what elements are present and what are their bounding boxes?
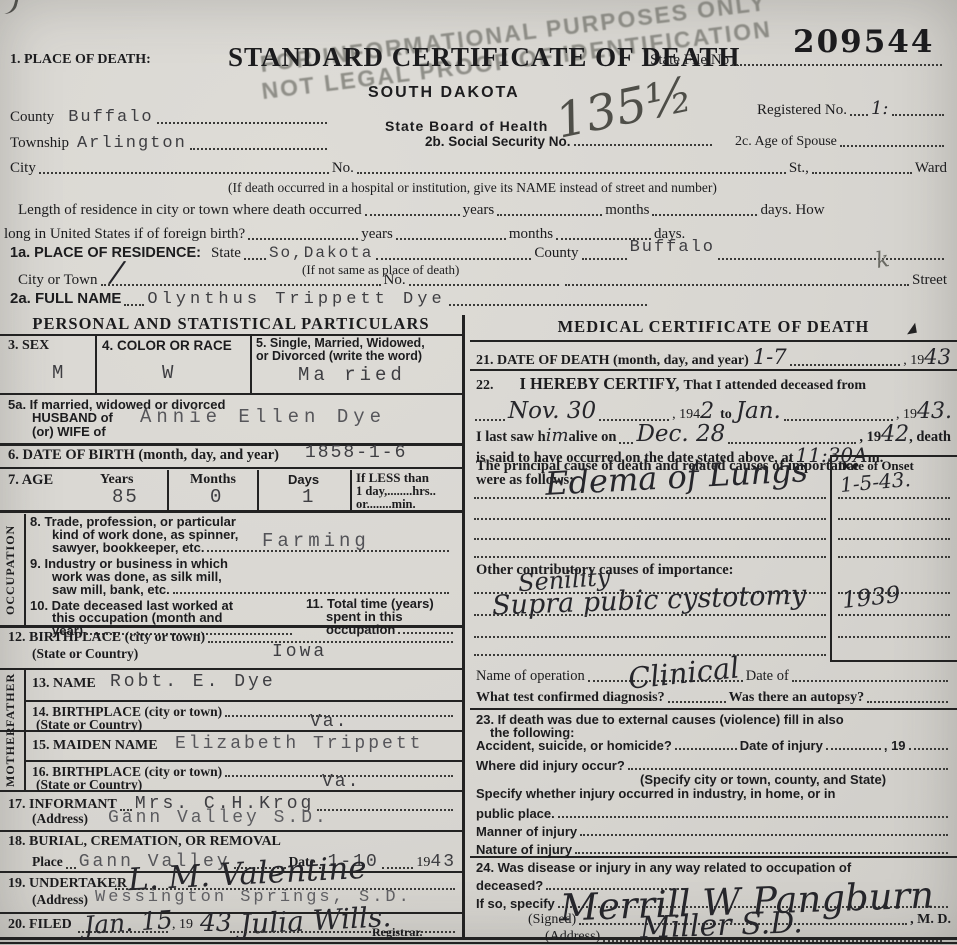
dotted-leader bbox=[357, 168, 786, 174]
if-so-specify-label: If so, specify bbox=[476, 896, 555, 911]
onset-box-left bbox=[830, 455, 832, 660]
specify-city-note: (Specify city or town, county, and State… bbox=[640, 772, 886, 787]
dotted-leader bbox=[580, 830, 948, 836]
manner-of-injury-label: Manner of injury bbox=[476, 824, 577, 839]
dotted-leader bbox=[365, 210, 460, 216]
less-than-line3: or........min. bbox=[356, 497, 416, 512]
dotted-leader bbox=[838, 614, 950, 616]
nature-of-injury-label: Nature of injury bbox=[476, 842, 572, 857]
burial-year-value: 43 bbox=[430, 852, 456, 872]
death-year-printed: , 19 bbox=[903, 353, 924, 369]
dotted-leader bbox=[248, 234, 358, 240]
state-file-label: State File No bbox=[650, 52, 729, 69]
years-word2: years bbox=[361, 226, 393, 243]
dob-value: 1858-1-6 bbox=[305, 443, 407, 463]
dotted-leader bbox=[376, 254, 531, 260]
dotted-leader bbox=[668, 697, 726, 703]
where-injury-label: Where did injury occur? bbox=[476, 758, 625, 773]
informant-address-value: Gann Valley S.D. bbox=[108, 808, 329, 828]
rule bbox=[470, 708, 957, 710]
state-name: SOUTH DAKOTA bbox=[368, 84, 520, 102]
residence-county-label: County bbox=[534, 245, 578, 262]
residence-length-label: Length of residence in city or town wher… bbox=[18, 202, 362, 219]
dotted-leader bbox=[850, 110, 868, 116]
cell-divider bbox=[250, 335, 252, 393]
personal-particulars-header: PERSONAL AND STATISTICAL PARTICULARS bbox=[0, 314, 462, 334]
registrar-label: Registrar. bbox=[372, 925, 423, 940]
occupation-value: Farming bbox=[262, 530, 370, 552]
mother-name-value: Elizabeth Trippett bbox=[175, 734, 423, 754]
q18-label: 18. BURIAL, CREMATION, OR REMOVAL bbox=[8, 834, 281, 850]
dotted-leader bbox=[317, 805, 453, 811]
marital-label-1: 5. Single, Married, Widowed, bbox=[256, 336, 425, 350]
age-months-value: 0 bbox=[210, 486, 223, 508]
residence-county-value: Buffalo bbox=[630, 238, 715, 257]
specify-line2: public place. bbox=[476, 806, 555, 821]
dotted-leader bbox=[474, 654, 826, 656]
years-word: years bbox=[463, 202, 495, 219]
board-of-health: State Board of Health bbox=[385, 118, 548, 134]
dotted-leader bbox=[812, 168, 912, 174]
dotted-leader bbox=[575, 848, 948, 854]
dotted-leader bbox=[838, 518, 950, 520]
age-days-value: 1 bbox=[302, 486, 315, 508]
q15-label: 15. MAIDEN NAME bbox=[32, 738, 158, 754]
filed-date-handwritten: Jan. 15 bbox=[83, 905, 174, 940]
cell-divider bbox=[167, 470, 169, 510]
injury-date-label: Date of injury bbox=[740, 738, 823, 753]
marital-label-2: or Divorced (write the word) bbox=[256, 349, 422, 363]
dotted-leader bbox=[838, 636, 950, 638]
rule bbox=[26, 760, 462, 762]
mother-birthplace-value: Va. bbox=[322, 772, 360, 792]
dotted-leader bbox=[101, 280, 381, 286]
accident-label: Accident, suicide, or homicide? bbox=[476, 738, 672, 753]
dotted-leader bbox=[792, 676, 948, 682]
rule bbox=[0, 467, 462, 469]
mother-side-label: MOTHER bbox=[3, 735, 18, 787]
dotted-leader bbox=[892, 110, 944, 116]
registered-number-handwritten: 1: bbox=[871, 98, 889, 119]
death-certificate-scan: FOR INFORMATIONAL PURPOSES ONLY NOT LEGA… bbox=[0, 0, 957, 945]
dotted-leader bbox=[558, 812, 948, 818]
father-side-label: FATHER bbox=[3, 673, 18, 727]
md-label: , M. D. bbox=[910, 912, 951, 928]
dotted-leader bbox=[497, 210, 602, 216]
test-confirmed-label: What test confirmed diagnosis? bbox=[476, 690, 665, 706]
death-date-handwritten: 1-7 bbox=[753, 345, 787, 369]
death-year-handwritten: 43 bbox=[924, 345, 951, 369]
contributory-onset-handwritten: 1939 bbox=[841, 582, 902, 614]
burial-place-label: Place bbox=[32, 854, 63, 870]
dotted-leader bbox=[396, 234, 506, 240]
spouse-age-label: 2c. Age of Spouse bbox=[735, 134, 837, 150]
registered-label: Registered No. bbox=[757, 102, 847, 119]
cell-divider bbox=[350, 470, 352, 510]
column-divider-line bbox=[462, 315, 465, 938]
race-label: 4. COLOR OR RACE bbox=[102, 338, 232, 353]
race-value: W bbox=[162, 362, 175, 384]
dotted-leader bbox=[732, 60, 942, 66]
filed-year-handwritten: 43 bbox=[200, 908, 232, 937]
rule bbox=[470, 369, 957, 371]
full-name-value: Olynthus Trippett Dye bbox=[147, 290, 445, 309]
dotted-leader bbox=[909, 744, 948, 750]
ssn-label: 2b. Social Security No. bbox=[425, 134, 571, 149]
dotted-leader bbox=[244, 254, 266, 260]
dotted-leader bbox=[652, 210, 757, 216]
residence-label: 1a. PLACE OF RESIDENCE: bbox=[10, 245, 201, 261]
dotted-leader bbox=[409, 280, 559, 286]
dotted-leader bbox=[474, 556, 826, 558]
ward-label: Ward bbox=[915, 160, 947, 177]
city-label: City bbox=[10, 160, 36, 177]
q17-address-label: (Address) bbox=[32, 811, 88, 827]
dotted-leader bbox=[474, 614, 826, 616]
q16-state-country: (State or Country) bbox=[36, 777, 142, 793]
side-label-divider bbox=[24, 670, 26, 730]
q24-line1: 24. Was disease or injury in any way rel… bbox=[476, 860, 851, 875]
full-name-label: 2a. FULL NAME bbox=[10, 290, 121, 307]
q12-label: 12. BIRTHPLACE (city or town) bbox=[8, 630, 205, 646]
q20-label: 20. FILED bbox=[8, 917, 72, 933]
dotted-leader bbox=[840, 141, 944, 147]
q22-number: 22. bbox=[476, 378, 494, 393]
rule bbox=[470, 856, 957, 858]
q14-state-country: (State or Country) bbox=[36, 717, 142, 733]
dotted-leader bbox=[826, 744, 881, 750]
dotted-leader bbox=[66, 863, 76, 869]
dotted-leader bbox=[474, 497, 826, 499]
father-name-value: Robt. E. Dye bbox=[110, 672, 276, 692]
q5a-line3: (or) WIFE of bbox=[32, 424, 106, 439]
dob-label: 6. DATE OF BIRTH (month, day, and year) bbox=[8, 447, 279, 464]
days-how-word: days. How bbox=[760, 202, 824, 219]
dotted-leader bbox=[449, 300, 647, 306]
dotted-leader bbox=[382, 863, 414, 869]
rule bbox=[470, 340, 957, 342]
q8-line3: sawyer, bookkeeper, etc. bbox=[52, 540, 204, 555]
township-value: Arlington bbox=[77, 134, 187, 153]
age-years-value: 85 bbox=[112, 486, 139, 508]
q19-address-label: (Address) bbox=[32, 892, 88, 908]
q12-state-country: (State or Country) bbox=[32, 646, 138, 662]
sex-label: 3. SEX bbox=[8, 338, 49, 354]
signed-label: (Signed) bbox=[528, 912, 576, 928]
marital-value: Ma ried bbox=[298, 364, 406, 386]
st-label: St., bbox=[789, 160, 809, 177]
township-label: Township bbox=[10, 135, 69, 152]
no-label: No. bbox=[332, 160, 354, 177]
dotted-leader bbox=[124, 300, 144, 306]
test-value-handwritten: Clinical bbox=[627, 650, 741, 695]
filed-year-printed: , 19 bbox=[172, 917, 193, 933]
dotted-leader bbox=[790, 360, 901, 366]
residence-state-label: State bbox=[211, 245, 241, 262]
cell-divider bbox=[95, 335, 97, 393]
medical-certificate-header: MEDICAL CERTIFICATE OF DEATH bbox=[470, 317, 957, 337]
spouse-name-value: Annie Ellen Dye bbox=[140, 406, 386, 428]
rule bbox=[0, 393, 462, 395]
q13-label: 13. NAME bbox=[32, 676, 96, 692]
dotted-leader bbox=[190, 144, 327, 150]
injury-year-printed: , 19 bbox=[884, 738, 906, 753]
sex-value: M bbox=[52, 362, 65, 384]
foreign-birth-label: long in United States if of foreign birt… bbox=[4, 226, 245, 243]
dotted-leader bbox=[474, 538, 826, 540]
months-word: months bbox=[605, 202, 649, 219]
q9-line3: saw mill, bank, etc. bbox=[52, 582, 170, 597]
dotted-leader bbox=[208, 637, 453, 643]
rule bbox=[0, 668, 462, 670]
q24-deceased-label: deceased? bbox=[476, 878, 543, 893]
dotted-leader bbox=[474, 518, 826, 520]
dotted-leader bbox=[867, 697, 948, 703]
q5a-line2: HUSBAND of bbox=[32, 410, 113, 425]
months-word2: months bbox=[509, 226, 553, 243]
side-label-divider bbox=[24, 732, 26, 790]
birthplace-value: Iowa bbox=[272, 642, 327, 662]
specify-line1: Specify whether injury occurred in indus… bbox=[476, 786, 836, 801]
age-days-header: Days bbox=[288, 472, 319, 487]
dotted-leader bbox=[628, 764, 948, 770]
dotted-leader bbox=[582, 254, 627, 260]
dotted-leader bbox=[565, 280, 909, 286]
city-or-town-label: City or Town bbox=[18, 272, 98, 289]
dotted-leader bbox=[838, 538, 950, 540]
side-label-divider bbox=[24, 514, 26, 625]
onset-box-top bbox=[830, 455, 957, 457]
dotted-leader bbox=[173, 588, 449, 594]
dotted-leader bbox=[718, 254, 944, 260]
dotted-leader bbox=[603, 936, 942, 942]
certify-bold: I HEREBY CERTIFY, bbox=[520, 374, 680, 393]
father-birthplace-value: Va. bbox=[310, 712, 348, 732]
date-of-label: Date of bbox=[746, 668, 789, 685]
county-value: Buffalo bbox=[68, 108, 153, 127]
occupation-side-label: OCCUPATION bbox=[3, 517, 18, 623]
dotted-leader bbox=[675, 744, 737, 750]
rule bbox=[0, 830, 462, 832]
residence-state-value: So,Dakota bbox=[269, 244, 373, 262]
age-label: 7. AGE bbox=[8, 472, 53, 489]
registrar-signature: Julia Wills. bbox=[239, 900, 392, 941]
rule bbox=[26, 700, 462, 702]
dotted-leader bbox=[39, 168, 329, 174]
dotted-leader bbox=[838, 497, 950, 499]
pen-corner-mark bbox=[0, 0, 19, 16]
q21-label: 21. DATE OF DEATH (month, day, and year) bbox=[476, 353, 749, 369]
dotted-leader bbox=[474, 636, 826, 638]
cell-divider bbox=[257, 470, 259, 510]
certify-rest: That I attended deceased from bbox=[684, 378, 867, 393]
cause-onset-handwritten: 1-5-43. bbox=[839, 467, 912, 497]
county-label: County bbox=[10, 109, 54, 126]
no-label2: No. bbox=[384, 272, 406, 289]
operation-label: Name of operation bbox=[476, 668, 585, 685]
hospital-note: (If death occurred in a hospital or inst… bbox=[228, 180, 717, 196]
autopsy-label: Was there an autopsy? bbox=[729, 690, 864, 706]
place-of-death-label: 1. PLACE OF DEATH: bbox=[10, 52, 151, 68]
dotted-leader bbox=[157, 118, 327, 124]
address-label: (Address) bbox=[545, 929, 600, 945]
dotted-leader bbox=[838, 556, 950, 558]
onset-box-bottom bbox=[830, 660, 957, 662]
burial-year-printed: 19 bbox=[416, 855, 430, 871]
street-label: Street bbox=[912, 272, 947, 289]
